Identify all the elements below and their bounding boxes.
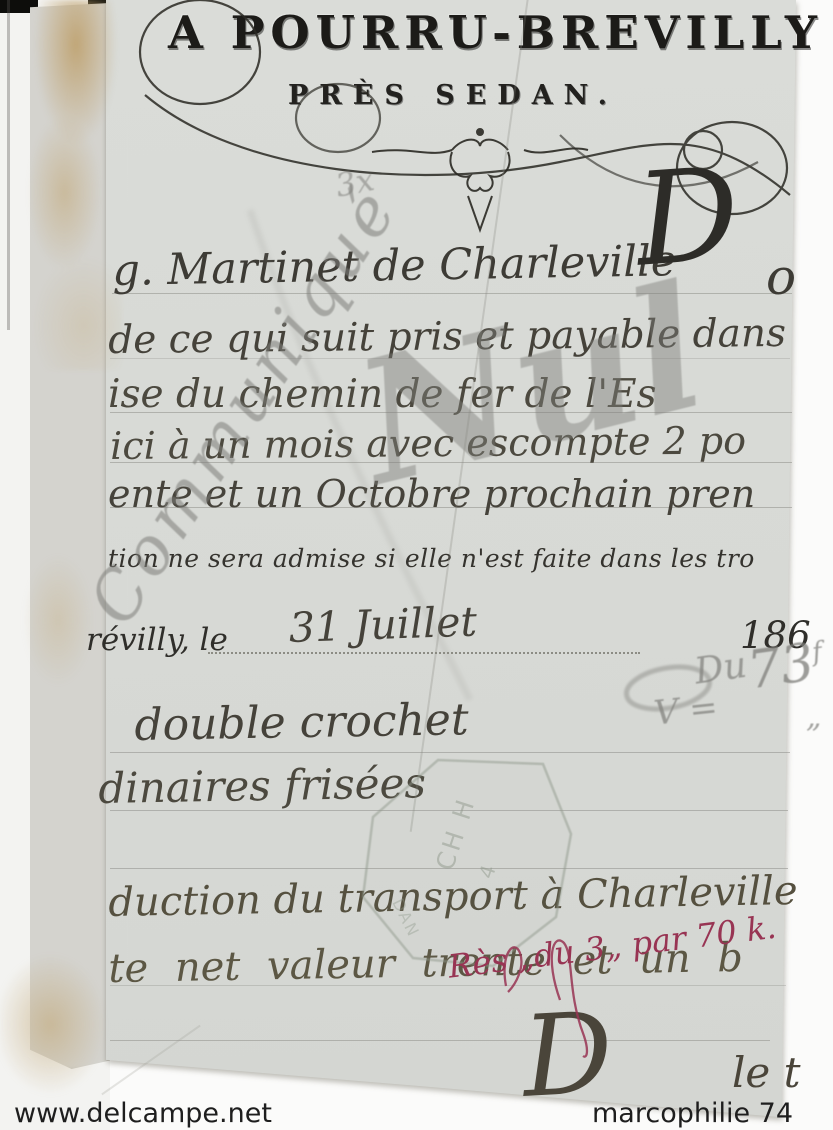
red-ink-flourish xyxy=(0,0,833,1130)
scanned-document-page: A POURRU-BREVILLY PRÈS SEDAN. g. Martine… xyxy=(0,0,833,1130)
watermark-marcophilie: marcophilie 74 xyxy=(592,1098,793,1129)
watermark-delcampe: www.delcampe.net xyxy=(14,1098,272,1129)
